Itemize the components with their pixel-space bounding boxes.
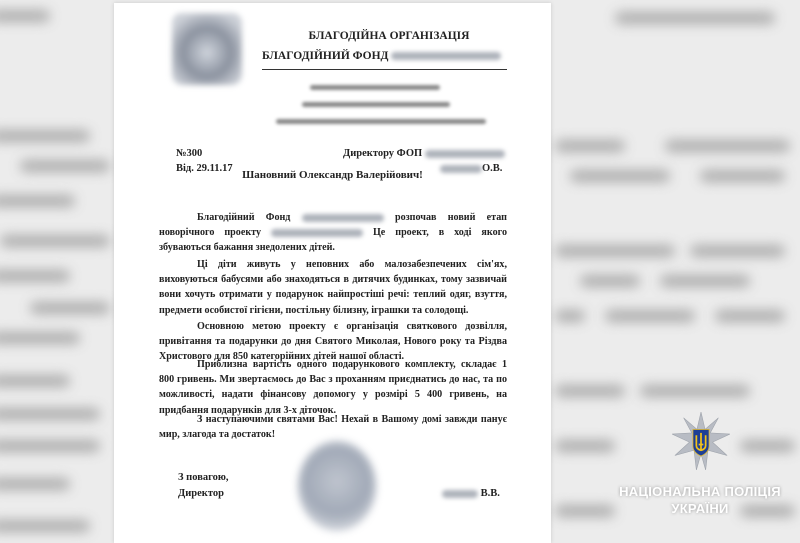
blurred-text: [0, 375, 70, 387]
blurred-text: [715, 310, 785, 322]
blurred-text: [580, 275, 640, 287]
blurred-address: [310, 85, 440, 90]
redacted-text: [425, 150, 505, 158]
blurred-text: [665, 140, 790, 152]
addressee-line1: Директору ФОП: [343, 148, 505, 159]
blurred-requisites: [276, 119, 486, 124]
blurred-text: [0, 520, 90, 532]
blurred-text: [555, 245, 675, 257]
blurred-phone: [302, 102, 450, 107]
signatory: В.В.: [442, 488, 500, 499]
blurred-text: [555, 385, 625, 397]
blurred-text: [555, 310, 585, 322]
blurred-text: [555, 140, 625, 152]
police-title-line2: УКРАЇНИ: [600, 501, 800, 516]
blurred-text: [0, 195, 75, 207]
blurred-text: [605, 310, 695, 322]
paragraph-1: Благодійний Фонд розпочав новий етап нов…: [159, 210, 507, 256]
redacted-text: [271, 229, 363, 237]
letter-number: №300: [176, 148, 202, 159]
police-star-trident-icon: [672, 412, 730, 470]
blurred-text: [690, 245, 785, 257]
paragraph-2: Ці діти живуть у неповних або малозабезп…: [159, 257, 507, 318]
blurred-text: [0, 408, 100, 420]
blurred-text: [30, 302, 110, 314]
blurred-text: [0, 440, 100, 452]
blurred-text: [615, 12, 775, 24]
blurred-stamp: [298, 441, 376, 531]
blurred-text: [0, 478, 70, 490]
paragraph-5: З наступаючими святами Вас! Нехай в Вашо…: [159, 412, 507, 442]
blurred-text: [0, 235, 110, 247]
salutation: Шановний Олександр Валерійович!: [114, 169, 551, 181]
header-divider: [262, 69, 507, 70]
blurred-text: [570, 170, 670, 182]
blurred-text: [0, 130, 90, 142]
blurred-text: [660, 275, 750, 287]
blurred-logo: [172, 13, 242, 85]
blurred-text: [0, 270, 70, 282]
redacted-text: [302, 214, 384, 222]
police-title-line1: НАЦІОНАЛЬНА ПОЛІЦІЯ: [600, 484, 800, 499]
blurred-text: [700, 170, 785, 182]
blurred-text: [0, 10, 50, 22]
blurred-text: [20, 160, 110, 172]
blurred-text: [0, 332, 80, 344]
closing-line2: Директор: [178, 488, 224, 499]
org-title: БЛАГОДІЙНА ОРГАНІЗАЦІЯ: [274, 30, 504, 42]
redacted-text: [442, 490, 478, 498]
org-name-line: БЛАГОДІЙНИЙ ФОНД: [262, 50, 501, 62]
redacted-text: [391, 52, 501, 60]
letter-page: БЛАГОДІЙНА ОРГАНІЗАЦІЯ БЛАГОДІЙНИЙ ФОНД …: [114, 3, 551, 543]
paragraph-4: Приблизна вартість одного подарункового …: [159, 357, 507, 418]
org-name: БЛАГОДІЙНИЙ ФОНД: [262, 50, 388, 62]
closing-line1: З повагою,: [178, 472, 229, 483]
blurred-text: [640, 385, 750, 397]
police-watermark: НАЦІОНАЛЬНА ПОЛІЦІЯ УКРАЇНИ: [600, 400, 800, 543]
